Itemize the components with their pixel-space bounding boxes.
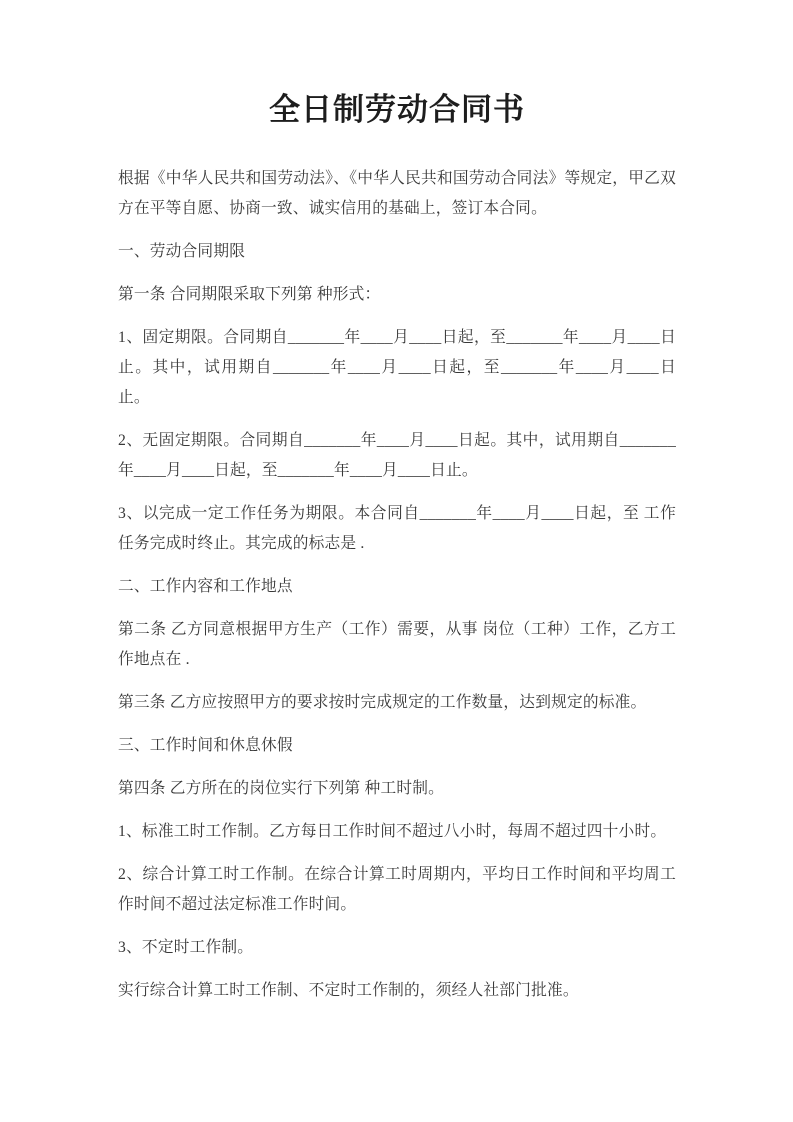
section-3-heading: 三、工作时间和休息休假 [118, 731, 676, 761]
clause-1-item-2-paragraph: 2、无固定期限。合同期自_______年____月____日起。其中，试用期自_… [118, 426, 676, 486]
section-1-heading: 一、劳动合同期限 [118, 237, 676, 267]
clause-4-item-3-paragraph: 3、不定时工作制。 [118, 933, 676, 963]
approval-note-paragraph: 实行综合计算工时工作制、不定时工作制的，须经人社部门批准。 [118, 976, 676, 1006]
clause-1-item-3-paragraph: 3、以完成一定工作任务为期限。本合同自_______年____月____日起，至… [118, 499, 676, 559]
clause-4-item-1-paragraph: 1、标准工时工作制。乙方每日工作时间不超过八小时，每周不超过四十小时。 [118, 817, 676, 847]
contract-document-page: 全日制劳动合同书 根据《中华人民共和国劳动法》、《中华人民共和国劳动合同法》等规… [0, 0, 793, 1122]
intro-paragraph: 根据《中华人民共和国劳动法》、《中华人民共和国劳动合同法》等规定，甲乙双方在平等… [118, 164, 676, 224]
clause-1-paragraph: 第一条 合同期限采取下列第 种形式： [118, 280, 676, 310]
section-2-heading: 二、工作内容和工作地点 [118, 572, 676, 602]
clause-3-paragraph: 第三条 乙方应按照甲方的要求按时完成规定的工作数量，达到规定的标准。 [118, 688, 676, 718]
clause-1-item-1-paragraph: 1、固定期限。合同期自_______年____月____日起，至_______年… [118, 323, 676, 413]
document-title: 全日制劳动合同书 [118, 88, 676, 132]
clause-2-paragraph: 第二条 乙方同意根据甲方生产（工作）需要，从事 岗位（工种）工作，乙方工作地点在… [118, 615, 676, 675]
clause-4-paragraph: 第四条 乙方所在的岗位实行下列第 种工时制。 [118, 774, 676, 804]
clause-4-item-2-paragraph: 2、综合计算工时工作制。在综合计算工时周期内，平均日工作时间和平均周工作时间不超… [118, 860, 676, 920]
